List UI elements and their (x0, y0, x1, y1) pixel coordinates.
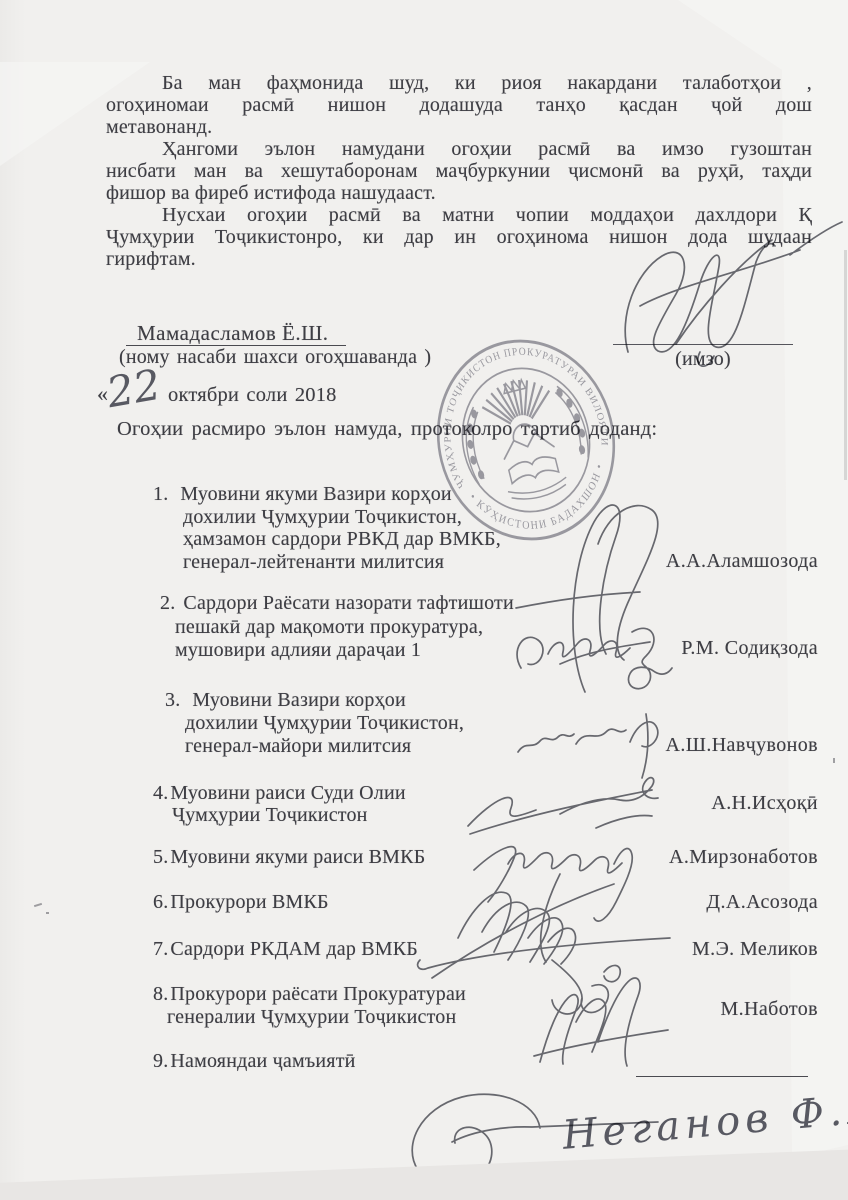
seal-ring-text-top: ҶУМҲУРИИ ТОҶИКИСТОН ПРОКУРАТУРАИ ВИЛОЯТИ… (431, 331, 614, 491)
announcement-line: Огоҳии расмиро эълон намуда, протоколро … (117, 418, 657, 441)
official-item-line: мушовири адлияи дараҷаи 1 (175, 639, 421, 662)
date-text: октябри соли 2018 (168, 384, 337, 407)
official-item-line: генерал-лейтенанти милитсия (183, 551, 444, 574)
official-item-line: 2.Сардори Раёсати назорати тафтишоти (160, 592, 514, 615)
official-item-line: генерал-майори милитсия (185, 735, 411, 758)
intro-line: Ҷумҳурии Тоҷикистонро, ки дар ин огоҳино… (106, 226, 812, 249)
official-name: Р.М. Содиқзода (488, 637, 818, 660)
item-number: 1. (153, 483, 168, 505)
item-number: 8. (153, 983, 168, 1005)
blank-signature-line (636, 1076, 808, 1077)
official-item-line: ҳамзамон сардори РВКД дар ВМКБ, (183, 528, 501, 551)
item-text: Муовини Вазири корҳои (192, 689, 405, 711)
intro-line: Ба ман фаҳмонида шуд, ки риоя накардани … (162, 72, 812, 95)
scan-edge-line (844, 250, 847, 480)
item-text: Прокурори раёсати Прокуратураи (170, 983, 466, 1005)
official-item-line: генералии Ҷумҳурии Тоҷикистон (167, 1006, 456, 1029)
item-number: 2. (160, 592, 175, 614)
official-name: Д.А.Асозода (488, 891, 818, 914)
intro-line: гирифтам. (106, 248, 196, 271)
official-item-line: 1.Муовини якуми Вазири корҳои (153, 483, 452, 506)
handwritten-day: 22 (103, 360, 164, 418)
attestor-name: Мамадасламов Ё.Ш. (137, 322, 329, 345)
official-item-line: Ҷумҳурии Тоҷикистон (172, 804, 368, 827)
item-number: 9. (153, 1050, 168, 1072)
official-item-line: 6.Прокурори ВМКБ (153, 891, 329, 914)
item-text: Сардори Раёсати назорати тафтишоти (183, 592, 513, 614)
item-number: 7. (153, 938, 168, 960)
item-text: Муовини раиси Суди Олии (170, 782, 405, 804)
signature-caption: (имзо) (613, 348, 793, 371)
intro-line: метавонанд. (106, 116, 212, 139)
official-item-line: 3.Муовини Вазири корҳои (165, 689, 406, 712)
signature-line (613, 344, 793, 345)
official-item-line: 9.Намояндаи ҷамъиятӣ (153, 1050, 356, 1073)
intro-line: нисбати ман ва хешутаборонам маҷбуркунии… (106, 160, 812, 183)
intro-line: огоҳиномаи расмӣ нишон додашуда танҳо қа… (106, 94, 812, 117)
item-number: 6. (153, 891, 168, 913)
item-text: Намояндаи ҷамъиятӣ (170, 1050, 355, 1072)
official-item-line: 5.Муовини якуми раиси ВМКБ (153, 846, 425, 869)
intro-line: Нусхаи огоҳии расмӣ ва матни чопии модда… (162, 204, 812, 227)
scan-speck (34, 903, 42, 907)
item-text: Прокурори ВМКБ (170, 891, 328, 913)
scan-speck (833, 758, 835, 763)
signature-official-1 (516, 505, 658, 692)
attestor-name-caption: (ному насаби шахси огоҳшаванда ) (119, 346, 431, 369)
handwritten-witness-name: Неганов Ф.И. (561, 1083, 848, 1159)
scanned-document-page: Ба ман фаҳмонида шуд, ки риоя накардани … (0, 0, 848, 1200)
official-name: А.Н.Исҳоқӣ (488, 792, 818, 815)
official-name: М.Э. Меликов (488, 938, 818, 961)
intro-line: фишор ва фиреб истифода нашудааст. (106, 182, 436, 205)
official-item-line: 8.Прокурори раёсати Прокуратураи (153, 983, 466, 1006)
official-name: А.А.Аламшозода (488, 550, 818, 573)
official-name: А.Ш.Навҷувонов (488, 734, 818, 757)
intro-line: Ҳангоми эълон намудани огоҳии расмӣ ва и… (162, 138, 812, 161)
official-name: А.Мирзонаботов (488, 846, 818, 869)
item-number: 3. (165, 689, 180, 711)
official-item-line: дохилии Ҷумҳурии Тоҷикистон, (183, 506, 462, 529)
item-text: Сардори РКДАМ дар ВМКБ (170, 938, 418, 960)
item-number: 5. (153, 846, 168, 868)
official-item-line: 4.Муовини раиси Суди Олии (153, 782, 406, 805)
official-item-line: 7.Сардори РКДАМ дар ВМКБ (153, 938, 418, 961)
item-number: 4. (153, 782, 168, 804)
item-text: Муовини якуми раиси ВМКБ (170, 846, 425, 868)
official-item-line: пешакӣ дар мақомоти прокуратура, (175, 616, 483, 639)
official-name: М.Наботов (488, 998, 818, 1021)
official-item-line: дохилии Ҷумҳурии Тоҷикистон, (185, 712, 464, 735)
scan-speck (46, 912, 49, 914)
item-text: Муовини якуми Вазири корҳои (180, 483, 451, 505)
